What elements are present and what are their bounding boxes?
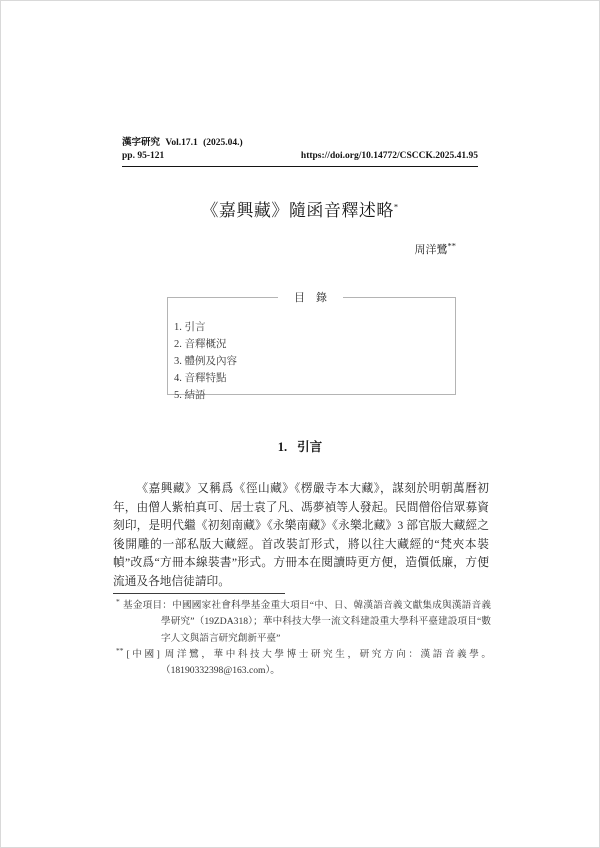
body-paragraph: 《嘉興藏》又稱爲《徑山藏》《楞嚴寺本大藏》，謀刻於明朝萬曆初年，由僧人紫柏真可、… <box>113 480 489 592</box>
author-line: 周洋鷺** <box>415 241 457 257</box>
footnote-funding: *基金項目：中國國家社會科學基金重大項目“中、日、韓漢語音義文獻集成與漢語音義學… <box>113 598 491 647</box>
toc-item-style-and-content: 3. 體例及內容 <box>174 353 447 370</box>
journal-header: 漢字研究 Vol.17.1 (2025.04.) pp. 95-121 http… <box>122 137 478 167</box>
footnote-divider <box>113 593 285 594</box>
toc-heading: 目 錄 <box>278 289 343 305</box>
table-of-contents-box: 目 錄 1. 引言 2. 音釋概況 3. 體例及內容 4. 音釋特點 5. 結語 <box>167 289 456 395</box>
section-number: 1. <box>278 440 287 454</box>
toc-item-conclusion: 5. 結語 <box>174 387 447 404</box>
paper-page: 漢字研究 Vol.17.1 (2025.04.) pp. 95-121 http… <box>0 0 600 848</box>
journal-header-row2: pp. 95-121 https://doi.org/10.14772/CSCC… <box>122 150 478 163</box>
toc-item-phonetic-overview: 2. 音釋概況 <box>174 336 447 353</box>
paper-title-text: 《嘉興藏》隨函音釋述略 <box>201 201 394 220</box>
journal-name-volume: 漢字研究 Vol.17.1 (2025.04.) <box>122 137 478 150</box>
footnote-author-bio-text: [中國] 周洋鷺，華中科技大學博士研究生，研究方向：漢語音義學。（1819033… <box>127 649 492 676</box>
footnote-marker-2: ** <box>116 646 124 655</box>
footnote-marker-1: * <box>116 597 120 606</box>
section-heading: 1.引言 <box>1 437 599 455</box>
toc-item-introduction: 1. 引言 <box>174 319 447 336</box>
section-title: 引言 <box>297 440 322 454</box>
title-footnote-marker: * <box>394 201 399 211</box>
footnote-funding-text: 基金項目：中國國家社會科學基金重大項目“中、日、韓漢語音義文獻集成與漢語音義學研… <box>123 600 491 644</box>
toc-list: 1. 引言 2. 音釋概況 3. 體例及內容 4. 音釋特點 5. 結語 <box>174 319 447 404</box>
doi-link[interactable]: https://doi.org/10.14772/CSCCK.2025.41.9… <box>301 150 478 163</box>
paper-title: 《嘉興藏》隨函音釋述略* <box>1 196 599 221</box>
author-footnote-marker: ** <box>448 240 457 250</box>
footnotes: *基金項目：中國國家社會科學基金重大項目“中、日、韓漢語音義文獻集成與漢語音義學… <box>113 598 491 679</box>
journal-pages: pp. 95-121 <box>122 150 164 163</box>
toc-item-phonetic-features: 4. 音釋特點 <box>174 370 447 387</box>
footnote-author-bio: **[中國] 周洋鷺，華中科技大學博士研究生，研究方向：漢語音義學。（18190… <box>113 647 491 680</box>
author-name: 周洋鷺 <box>415 244 448 256</box>
